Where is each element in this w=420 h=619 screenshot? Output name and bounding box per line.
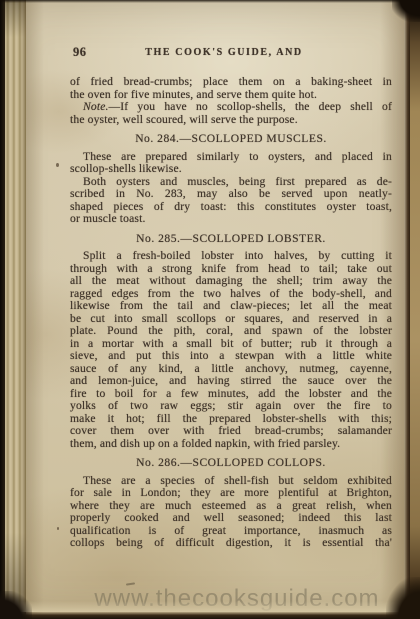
gutter-shading: [26, 0, 44, 619]
recipe-section-286: No. 286.—SCOLLOPED COLLOPS. These are a …: [70, 457, 392, 550]
text-line: them, and dish up on a folded napkin, wi…: [70, 438, 392, 451]
recipe-paragraph: These are a species of shell-fish but se…: [70, 475, 392, 550]
right-page-curve-shading: [380, 0, 404, 619]
running-title: THE COOK'S GUIDE, AND: [70, 47, 378, 58]
text-line: yolks of two raw eggs; stir again over t…: [70, 400, 392, 413]
section-heading-286: No. 286.—SCOLLOPED COLLOPS.: [70, 457, 392, 470]
text-line: for sale in London; they are more plenti…: [70, 487, 392, 500]
text-line: plate. Pound the pith, coral, and spawn …: [70, 325, 392, 338]
text-line: cover them over with fried bread-crumbs;…: [70, 425, 392, 438]
ink-speck: [56, 163, 59, 167]
section-heading-284: No. 284.—SCOLLOPED MUSCLES.: [70, 133, 392, 146]
note-line-1: Note.—If you have no scollop-shells, the…: [70, 101, 392, 114]
text-line: all the meat without damaging the shell;…: [70, 275, 392, 288]
intro-paragraph: of fried bread-crumbs; place them on a b…: [70, 76, 392, 101]
bottom-page-curl-highlight: [6, 601, 406, 612]
note-label: Note.: [83, 100, 109, 113]
recipe-section-284: No. 284.—SCOLLOPED MUSCLES. These are pr…: [70, 133, 392, 226]
top-right-corner-shadow: [392, 0, 420, 22]
bottom-right-corner-shadow: [386, 577, 420, 619]
text-line: collops being of difficult digestion, it…: [70, 537, 392, 550]
note-text: —If you have no scollop-shells, the deep…: [109, 100, 392, 113]
note-paragraph: Note.—If you have no scollop-shells, the…: [70, 101, 392, 126]
recipe-section-285: No. 285.—SCOLLOPED LOBSTER. Split a fres…: [70, 233, 392, 451]
ink-speck: [57, 527, 59, 530]
text-line: scribed in No. 283, may also be served u…: [70, 188, 392, 201]
bottom-left-corner-shadow: [0, 591, 32, 619]
bottom-edge-shadow: [0, 612, 420, 619]
text-line: and lemon-juice, and having stirred the …: [70, 375, 392, 388]
text-line: or muscle toast.: [70, 213, 392, 226]
scanned-book-page-photo: 96 THE COOK'S GUIDE, AND of fried bread-…: [0, 0, 420, 619]
text-line: likewise from the tail and claw-pieces; …: [70, 300, 392, 313]
right-page-edge-strip: [410, 0, 420, 619]
text-line: of fried bread-crumbs; place them on a b…: [70, 76, 392, 89]
recipe-paragraph: Both oysters and muscles, being first pr…: [70, 176, 392, 226]
left-page-edges: [5, 0, 26, 619]
recipe-paragraph: Split a fresh-boiled lobster into halves…: [70, 250, 392, 450]
section-heading-285: No. 285.—SCOLLOPED LOBSTER.: [70, 233, 392, 246]
text-line: scollop-shells likewise.: [70, 163, 392, 176]
page-header: 96 THE COOK'S GUIDE, AND: [70, 47, 392, 61]
note-line-2: the oyster, well scoured, will serve the…: [70, 114, 392, 127]
text-line: properly cooked and well seasoned; indee…: [70, 512, 392, 525]
text-line: sieve, and put this into a stewpan with …: [70, 350, 392, 363]
recipe-paragraph: These are prepared similarly to oysters,…: [70, 151, 392, 176]
page-text-block: of fried bread-crumbs; place them on a b…: [70, 76, 392, 550]
top-edge-shadow: [0, 0, 420, 3]
text-line: Split a fresh-boiled lobster into halves…: [70, 250, 392, 263]
